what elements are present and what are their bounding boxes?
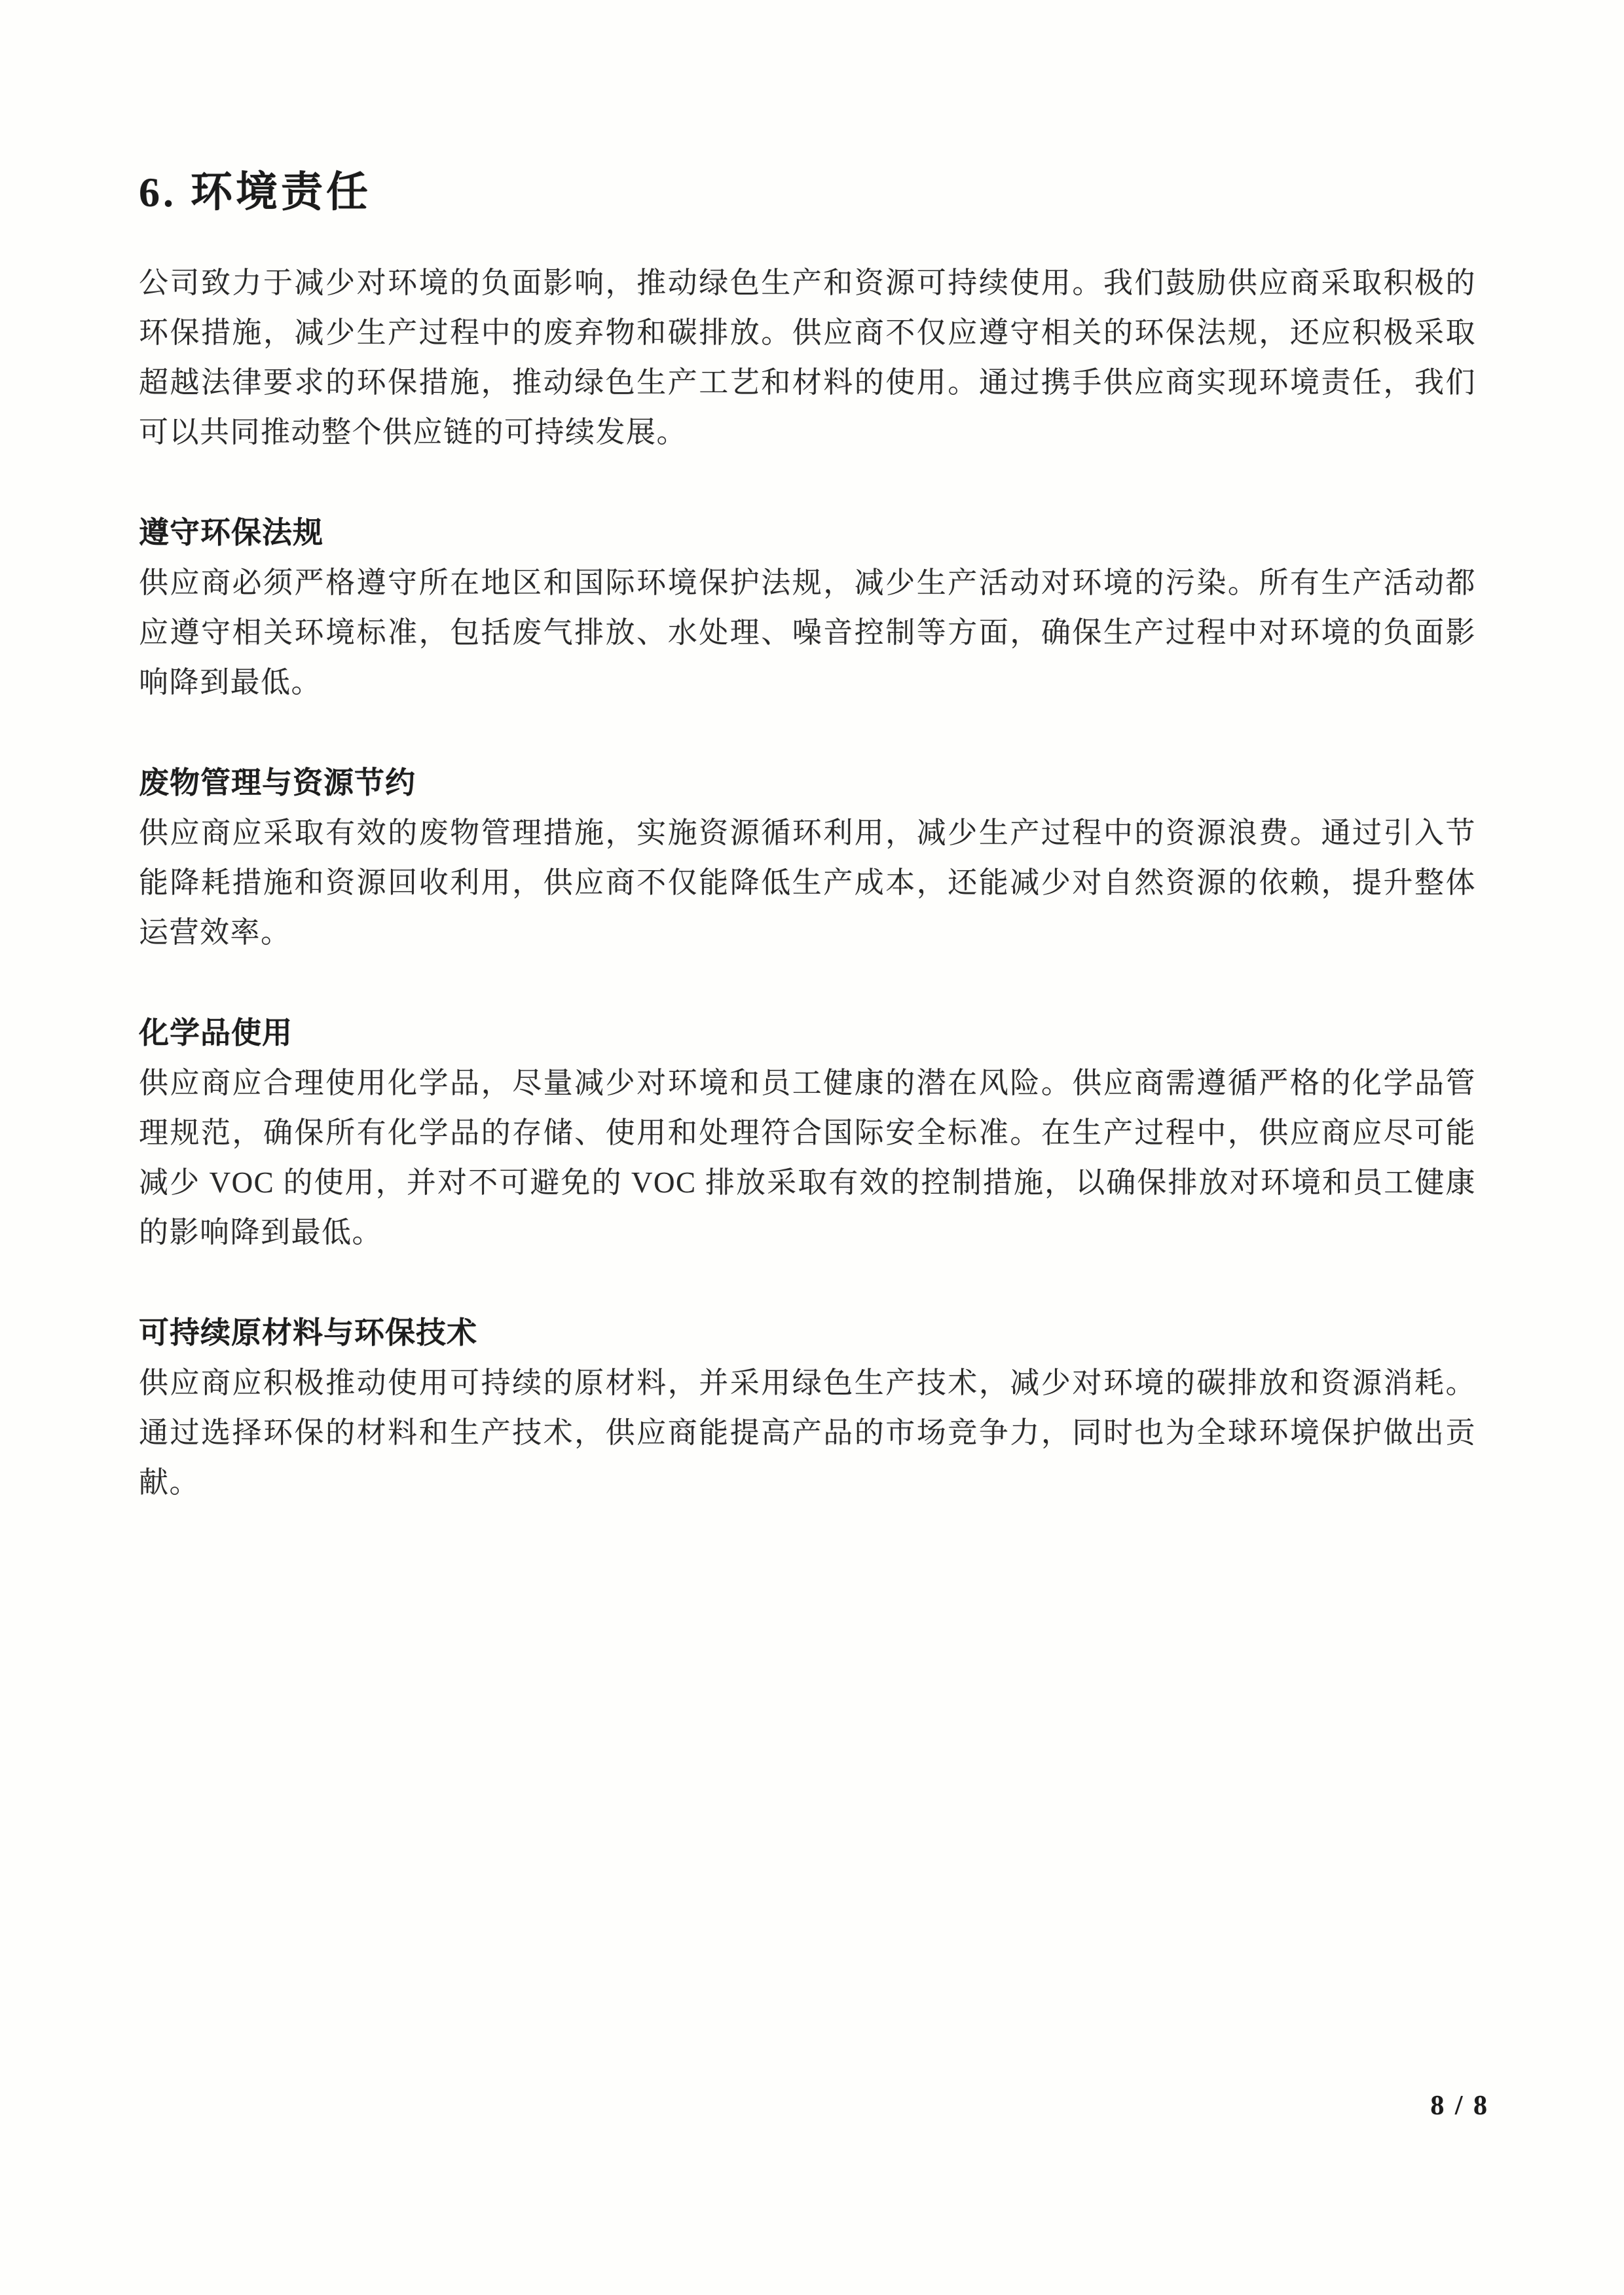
page-number: 8 / 8 bbox=[1430, 2090, 1489, 2121]
section-heading: 遵守环保法规 bbox=[139, 508, 1476, 558]
intro-paragraph: 公司致力于减少对环境的负面影响，推动绿色生产和资源可持续使用。我们鼓励供应商采取… bbox=[139, 258, 1476, 457]
section-chemical-use: 化学品使用 供应商应合理使用化学品，尽量减少对环境和员工健康的潜在风险。供应商需… bbox=[139, 1008, 1476, 1257]
section-heading: 废物管理与资源节约 bbox=[139, 758, 1476, 808]
section-sustainable-materials: 可持续原材料与环保技术 供应商应积极推动使用可持续的原材料，并采用绿色生产技术，… bbox=[139, 1308, 1476, 1507]
section-body: 供应商必须严格遵守所在地区和国际环境保护法规，减少生产活动对环境的污染。所有生产… bbox=[139, 558, 1476, 707]
document-page: 6. 环境责任 公司致力于减少对环境的负面影响，推动绿色生产和资源可持续使用。我… bbox=[0, 0, 1624, 2295]
page-content: 6. 环境责任 公司致力于减少对环境的负面影响，推动绿色生产和资源可持续使用。我… bbox=[139, 158, 1476, 1507]
section-body: 供应商应积极推动使用可持续的原材料，并采用绿色生产技术，减少对环境的碳排放和资源… bbox=[139, 1358, 1476, 1507]
section-environmental-law: 遵守环保法规 供应商必须严格遵守所在地区和国际环境保护法规，减少生产活动对环境的… bbox=[139, 508, 1476, 707]
section-body: 供应商应合理使用化学品，尽量减少对环境和员工健康的潜在风险。供应商需遵循严格的化… bbox=[139, 1058, 1476, 1257]
section-waste-management: 废物管理与资源节约 供应商应采取有效的废物管理措施，实施资源循环利用，减少生产过… bbox=[139, 758, 1476, 957]
section-body: 供应商应采取有效的废物管理措施，实施资源循环利用，减少生产过程中的资源浪费。通过… bbox=[139, 808, 1476, 957]
page-title: 6. 环境责任 bbox=[139, 158, 1476, 219]
section-heading: 化学品使用 bbox=[139, 1008, 1476, 1058]
section-heading: 可持续原材料与环保技术 bbox=[139, 1308, 1476, 1358]
